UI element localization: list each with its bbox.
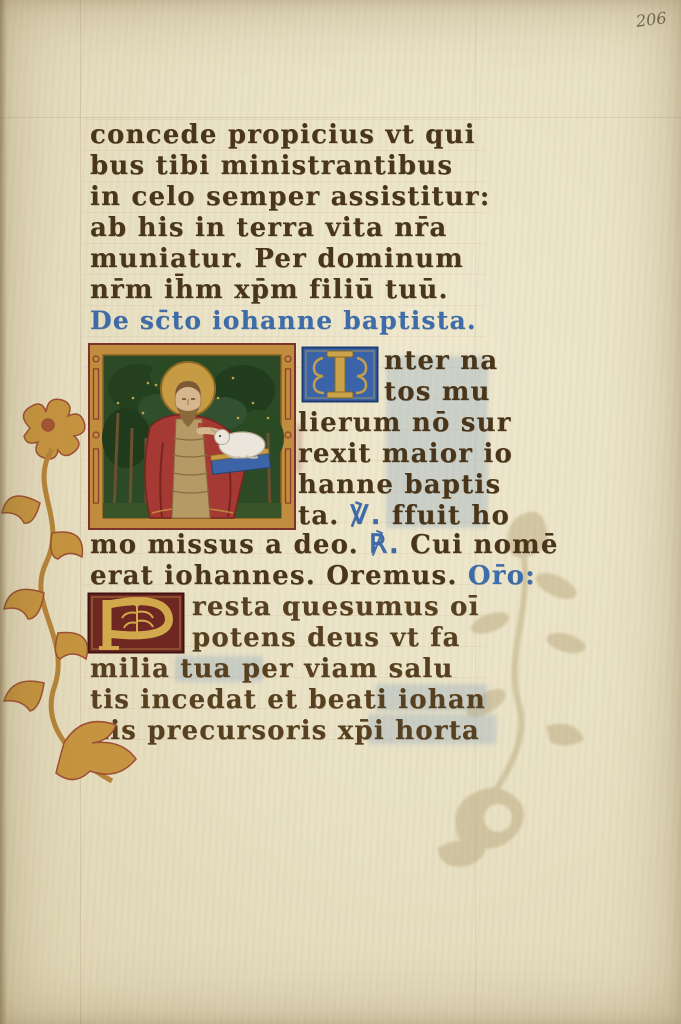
text-segment: Cui nomē (400, 530, 559, 560)
manuscript-page: 206 concede propicius vt qui bus tibi mi… (0, 0, 681, 1024)
response-mark: ℟. (369, 530, 400, 560)
text-line: tos mu (384, 379, 491, 406)
initial-i-icon (301, 346, 379, 403)
text-line: bus tibi ministrantibus (90, 153, 453, 180)
text-segment: ta. (298, 501, 350, 531)
text-line: in celo semper assistitur: (90, 184, 491, 211)
horizontal-ruling (0, 117, 681, 118)
text-line: rexit maior io (298, 441, 513, 468)
text-line: hanne baptis (298, 472, 501, 499)
folio-number: 206 (635, 8, 668, 31)
text-line: nter na (384, 348, 498, 375)
text-line: resta quesumus oī (192, 594, 480, 621)
text-line: mo missus a deo. ℟. Cui nomē (90, 532, 559, 559)
text-line: concede propicius vt qui (90, 122, 476, 149)
text-line: muniatur. Per dominum (90, 246, 464, 273)
versicle-mark: ℣. (350, 501, 382, 531)
gold-acanthus-border-icon (0, 383, 160, 823)
text-segment: ffuit ho (382, 501, 510, 531)
text-line: ta. ℣. ffuit ho (298, 503, 510, 530)
text-line: ab his in terra vita nr̄a (90, 215, 447, 242)
illuminated-initial-i (301, 346, 379, 403)
text-line: potens deus vt fa (192, 625, 461, 652)
text-line: lierum nō sur (298, 410, 512, 437)
page-edge-shadow (0, 0, 7, 1024)
rubric-line: De sc̄to iohanne baptista. (90, 308, 477, 334)
text-line: nr̄m ih̄m xp̄m filiū tuū. (90, 277, 449, 304)
oratio-abbreviation: Or̄o: (468, 561, 536, 591)
